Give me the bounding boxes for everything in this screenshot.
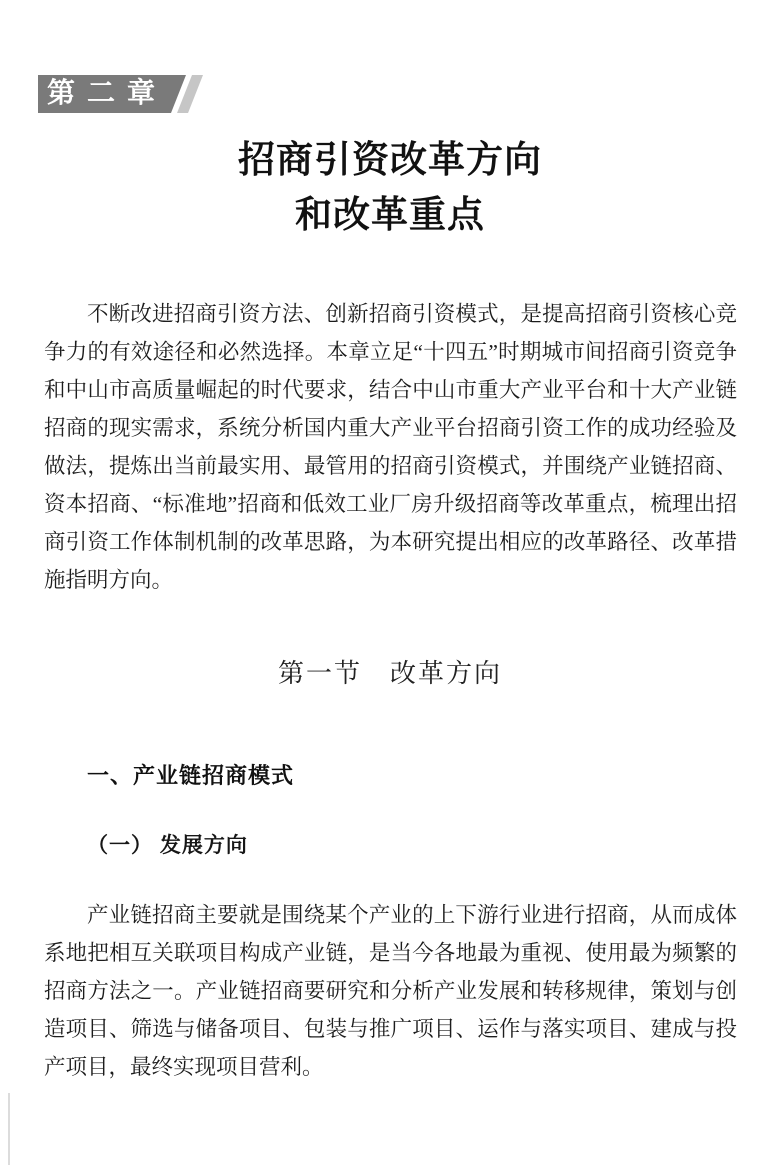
scan-artifact-line: [8, 1093, 10, 1165]
subsubsection-heading: （一） 发展方向: [44, 831, 780, 861]
chapter-badge: 第二章: [38, 75, 186, 113]
section-heading: 第一节 改革方向: [0, 655, 780, 691]
body-paragraph: 产业链招商主要就是围绕某个产业的上下游行业进行招商，从而成体系地把相互关联项目构…: [44, 896, 737, 1086]
chapter-title-line2: 和改革重点: [295, 195, 485, 236]
chapter-title: 招商引资改革方向和改革重点: [0, 133, 780, 243]
book-page: 第二章 招商引资改革方向和改革重点 不断改进招商引资方法、创新招商引资模式，是提…: [0, 0, 780, 1165]
intro-paragraph: 不断改进招商引资方法、创新招商引资模式，是提高招商引资核心竞争力的有效途径和必然…: [44, 295, 737, 599]
chapter-title-line1: 招商引资改革方向: [238, 140, 542, 181]
subsection-heading: 一、产业链招商模式: [44, 760, 780, 792]
chapter-badge-label: 第二章: [47, 80, 167, 108]
